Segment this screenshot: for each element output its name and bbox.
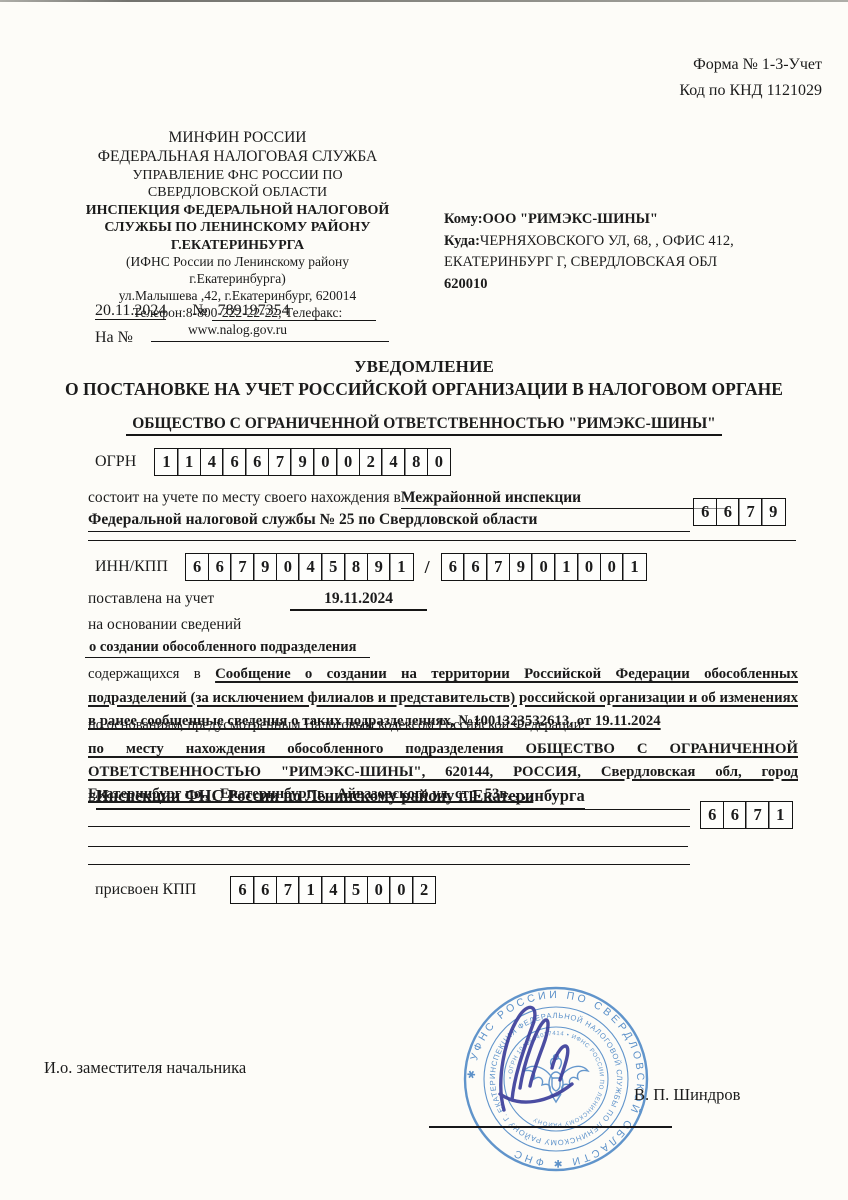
blank-underline bbox=[537, 509, 690, 532]
sender-line: Г.ЕКАТЕРИНБУРГА bbox=[75, 237, 400, 255]
authority-name-2: Федеральной налоговой службы № 25 по Све… bbox=[88, 509, 537, 532]
blank-rule bbox=[88, 864, 690, 865]
digit-cell: 6 bbox=[723, 801, 747, 829]
inspection-code-boxes: 6 6 7 1 bbox=[700, 801, 793, 829]
digit-cell: 7 bbox=[745, 801, 769, 829]
digit-cell: 8 bbox=[344, 553, 368, 581]
registered-line-2: Федеральной налоговой службы № 25 по Све… bbox=[88, 509, 690, 532]
scan-edge-artifact bbox=[0, 0, 848, 2]
form-info-block: Форма № 1-3-Учет Код по КНД 1121029 bbox=[679, 52, 822, 104]
authority-code-boxes: 6 6 7 9 bbox=[693, 498, 786, 526]
ogrn-row: ОГРН 1 1 4 6 6 7 9 0 0 2 4 8 0 bbox=[95, 448, 451, 476]
signature-line bbox=[429, 1126, 672, 1128]
kpp-assigned-label: присвоен КПП bbox=[95, 881, 196, 899]
document-page: Форма № 1-3-Учет Код по КНД 1121029 МИНФ… bbox=[0, 0, 848, 1200]
registered-line-1: состоит на учете по месту своего нахожде… bbox=[88, 487, 728, 509]
official-stamp: ✱ УФНС РОССИИ ПО СВЕРДЛОВСКОЙ ОБЛАСТИ ✱ … bbox=[460, 982, 652, 1178]
signer-name: В. П. Шиндров bbox=[634, 1085, 740, 1105]
sender-line: СВЕРДЛОВСКОЙ ОБЛАСТИ bbox=[75, 184, 400, 202]
digit-cell: 1 bbox=[154, 448, 178, 476]
reply-ref-row: На № bbox=[95, 329, 389, 347]
doc-title-line2: О ПОСТАНОВКЕ НА УЧЕТ РОССИЙСКОЙ ОРГАНИЗА… bbox=[0, 379, 848, 400]
recipient-address-2: ЕКАТЕРИНБУРГ Г, СВЕРДЛОВСКАЯ ОБЛ bbox=[444, 252, 782, 274]
registered-on-label: поставлена на учет bbox=[88, 590, 214, 607]
digit-cell: 4 bbox=[321, 876, 345, 904]
digit-cell: 4 bbox=[298, 553, 322, 581]
doc-title-line1: УВЕДОМЛЕНИЕ bbox=[0, 357, 848, 377]
signer-position: И.о. заместителя начальника bbox=[44, 1058, 246, 1078]
sender-line: МИНФИН РОССИИ bbox=[75, 128, 400, 147]
registered-on-date: 19.11.2024 bbox=[290, 590, 427, 611]
recipient-block: Кому:ООО "РИМЭКС-ШИНЫ" Куда:ЧЕРНЯХОВСКОГ… bbox=[444, 209, 782, 295]
organization-name: ОБЩЕСТВО С ОГРАНИЧЕННОЙ ОТВЕТСТВЕННОСТЬЮ… bbox=[0, 415, 848, 436]
digit-cell: 4 bbox=[381, 448, 405, 476]
number-sign: № bbox=[192, 302, 207, 319]
digit-cell: 0 bbox=[427, 448, 451, 476]
sender-line: г.Екатеринбурга) bbox=[75, 271, 400, 288]
digit-cell: 6 bbox=[463, 553, 487, 581]
addr-value-1: ЧЕРНЯХОВСКОГО УЛ, 68, , ОФИС 412, bbox=[480, 233, 734, 249]
digit-cell: 6 bbox=[253, 876, 277, 904]
basis-value: о создании обособленного подразделения bbox=[85, 639, 370, 658]
digit-cell: 7 bbox=[268, 448, 292, 476]
inn-kpp-label: ИНН/КПП bbox=[95, 558, 168, 576]
to-value: ООО "РИМЭКС-ШИНЫ" bbox=[483, 211, 658, 227]
inn-kpp-separator: / bbox=[425, 557, 430, 578]
inspection-row: в Инспекции ФНС России по Ленинскому рай… bbox=[88, 784, 690, 810]
inspection-prefix: в bbox=[88, 784, 96, 810]
digit-cell: 7 bbox=[738, 498, 762, 526]
recipient-address-1: Куда:ЧЕРНЯХОВСКОГО УЛ, 68, , ОФИС 412, bbox=[444, 231, 782, 253]
digit-cell: 1 bbox=[768, 801, 792, 829]
digit-cell: 9 bbox=[509, 553, 533, 581]
digit-cell: 6 bbox=[441, 553, 465, 581]
digit-cell: 0 bbox=[313, 448, 337, 476]
form-number: Форма № 1-3-Учет bbox=[679, 52, 822, 78]
digit-cell: 0 bbox=[276, 553, 300, 581]
digit-cell: 4 bbox=[200, 448, 224, 476]
recipient-to: Кому:ООО "РИМЭКС-ШИНЫ" bbox=[444, 209, 782, 231]
na-label: На № bbox=[95, 329, 133, 346]
digit-cell: 5 bbox=[344, 876, 368, 904]
na-blank-line bbox=[151, 341, 389, 342]
sender-line: УПРАВЛЕНИЕ ФНС РОССИИ ПО bbox=[75, 167, 400, 185]
digit-cell: 1 bbox=[298, 876, 322, 904]
digit-cell: 9 bbox=[761, 498, 785, 526]
addr-label: Куда: bbox=[444, 233, 480, 249]
knd-code: Код по КНД 1121029 bbox=[679, 78, 822, 104]
digit-cell: 9 bbox=[253, 553, 277, 581]
blank-rule bbox=[88, 826, 690, 827]
authority-name-1: Межрайонной инспекции bbox=[401, 487, 581, 509]
sender-line: СЛУЖБЫ ПО ЛЕНИНСКОМУ РАЙОНУ bbox=[75, 219, 400, 237]
digit-cell: 6 bbox=[208, 553, 232, 581]
registered-prefix: состоит на учете по месту своего нахожде… bbox=[88, 487, 401, 509]
digit-cell: 8 bbox=[404, 448, 428, 476]
digit-cell: 9 bbox=[290, 448, 314, 476]
blank-rule bbox=[88, 846, 688, 847]
digit-cell: 6 bbox=[716, 498, 740, 526]
digit-cell: 7 bbox=[486, 553, 510, 581]
digit-cell: 9 bbox=[367, 553, 391, 581]
to-label: Кому: bbox=[444, 211, 483, 227]
inn-kpp-row: ИНН/КПП 6 6 7 9 0 4 5 8 9 1 / 6 6 7 9 0 … bbox=[95, 553, 647, 581]
sender-line: ИНСПЕКЦИЯ ФЕДЕРАЛЬНОЙ НАЛОГОВОЙ bbox=[75, 202, 400, 220]
digit-cell: 6 bbox=[222, 448, 246, 476]
digit-cell: 6 bbox=[230, 876, 254, 904]
registered-on-row: поставлена на учет 19.11.2024 bbox=[88, 590, 427, 611]
grounds-label: по основаниям, предусмотренным Налоговым… bbox=[88, 717, 585, 734]
ogrn-digit-boxes: 1 1 4 6 6 7 9 0 0 2 4 8 0 bbox=[154, 448, 451, 476]
kpp-digit-boxes: 6 6 7 9 0 1 0 0 1 bbox=[441, 553, 647, 581]
recipient-postcode: 620010 bbox=[444, 274, 782, 296]
digit-cell: 7 bbox=[276, 876, 300, 904]
digit-cell: 1 bbox=[554, 553, 578, 581]
digit-cell: 1 bbox=[622, 553, 646, 581]
ogrn-label: ОГРН bbox=[95, 453, 136, 471]
digit-cell: 0 bbox=[336, 448, 360, 476]
doc-date: 20.11.2024 bbox=[95, 302, 166, 320]
sender-line: (ИФНС России по Ленинскому району bbox=[75, 254, 400, 271]
kpp-assigned-boxes: 6 6 7 1 4 5 0 0 2 bbox=[230, 876, 436, 904]
digit-cell: 6 bbox=[245, 448, 269, 476]
sender-line: ФЕДЕРАЛЬНАЯ НАЛОГОВАЯ СЛУЖБА bbox=[75, 147, 400, 166]
digit-cell: 0 bbox=[577, 553, 601, 581]
inspection-name: Инспекции ФНС России по Ленинскому район… bbox=[96, 784, 585, 810]
basis-label: на основании сведений bbox=[88, 616, 241, 634]
digit-cell: 5 bbox=[321, 553, 345, 581]
digit-cell: 6 bbox=[693, 498, 717, 526]
digit-cell: 0 bbox=[367, 876, 391, 904]
inn-digit-boxes: 6 6 7 9 0 4 5 8 9 1 bbox=[185, 553, 414, 581]
organization-name-text: ОБЩЕСТВО С ОГРАНИЧЕННОЙ ОТВЕТСТВЕННОСТЬЮ… bbox=[126, 415, 722, 436]
digit-cell: 2 bbox=[359, 448, 383, 476]
digit-cell: 2 bbox=[412, 876, 436, 904]
ref-row: 20.11.2024 № 789197354 bbox=[95, 302, 376, 321]
contained-prefix: содержащихся в bbox=[88, 666, 215, 682]
digit-cell: 1 bbox=[177, 448, 201, 476]
kpp-assigned-row: присвоен КПП 6 6 7 1 4 5 0 0 2 bbox=[95, 876, 436, 904]
digit-cell: 0 bbox=[531, 553, 555, 581]
blank-underline bbox=[585, 784, 690, 810]
doc-number: 789197354 bbox=[212, 302, 376, 321]
digit-cell: 0 bbox=[600, 553, 624, 581]
digit-cell: 7 bbox=[230, 553, 254, 581]
digit-cell: 0 bbox=[389, 876, 413, 904]
digit-cell: 6 bbox=[700, 801, 724, 829]
digit-cell: 1 bbox=[389, 553, 413, 581]
section-rule bbox=[88, 540, 796, 541]
digit-cell: 6 bbox=[185, 553, 209, 581]
